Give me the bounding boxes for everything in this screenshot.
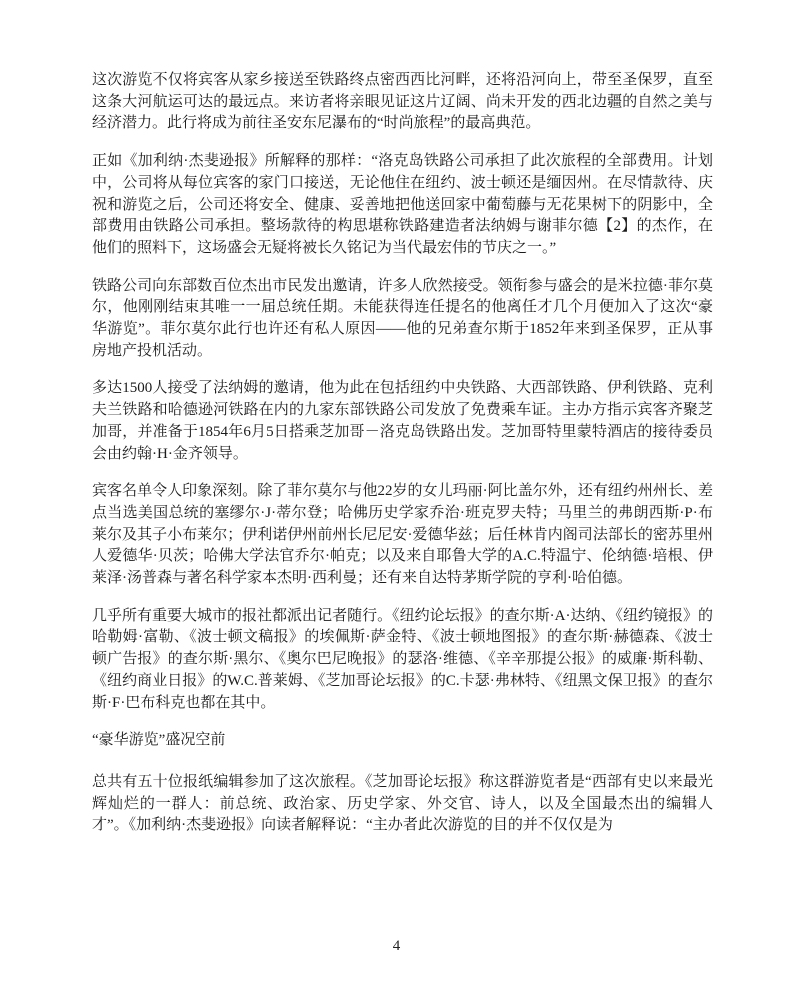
paragraph-invitations-fillmore: 铁路公司向东部数百位杰出市民发出邀请，许多人欣然接受。领衔参与盛会的是米拉德·菲… — [92, 276, 713, 363]
document-page: 这次游览不仅将宾客从家乡接送至铁路终点密西西比河畔，还将沿河向上，带至圣保罗，直… — [0, 0, 793, 1000]
section-heading-grand-excursion: “豪华游览”盛况空前 — [92, 730, 713, 752]
paragraph-1500-guests-passes: 多达1500人接受了法纳姆的邀请，他为此在包括纽约中央铁路、大西部铁路、伊利铁路… — [92, 378, 713, 465]
paragraph-fifty-editors: 总共有五十位报纸编辑参加了这次旅程。《芝加哥论坛报》称这群游览者是“西部有史以来… — [92, 772, 713, 837]
paragraph-galena-jeffersonian-quote: 正如《加利纳·杰斐逊报》所解释的那样：“洛克岛铁路公司承担了此次旅程的全部费用。… — [92, 151, 713, 260]
paragraph-guest-list: 宾客名单令人印象深刻。除了菲尔莫尔与他22岁的女儿玛丽·阿比盖尔外，还有纽约州州… — [92, 481, 713, 590]
page-number: 4 — [0, 939, 793, 954]
paragraph-newspaper-reporters: 几乎所有重要大城市的报社都派出记者随行。《纽约论坛报》的查尔斯·A·达纳、《纽约… — [92, 606, 713, 715]
paragraph-tour-overview: 这次游览不仅将宾客从家乡接送至铁路终点密西西比河畔，还将沿河向上，带至圣保罗，直… — [92, 70, 713, 135]
